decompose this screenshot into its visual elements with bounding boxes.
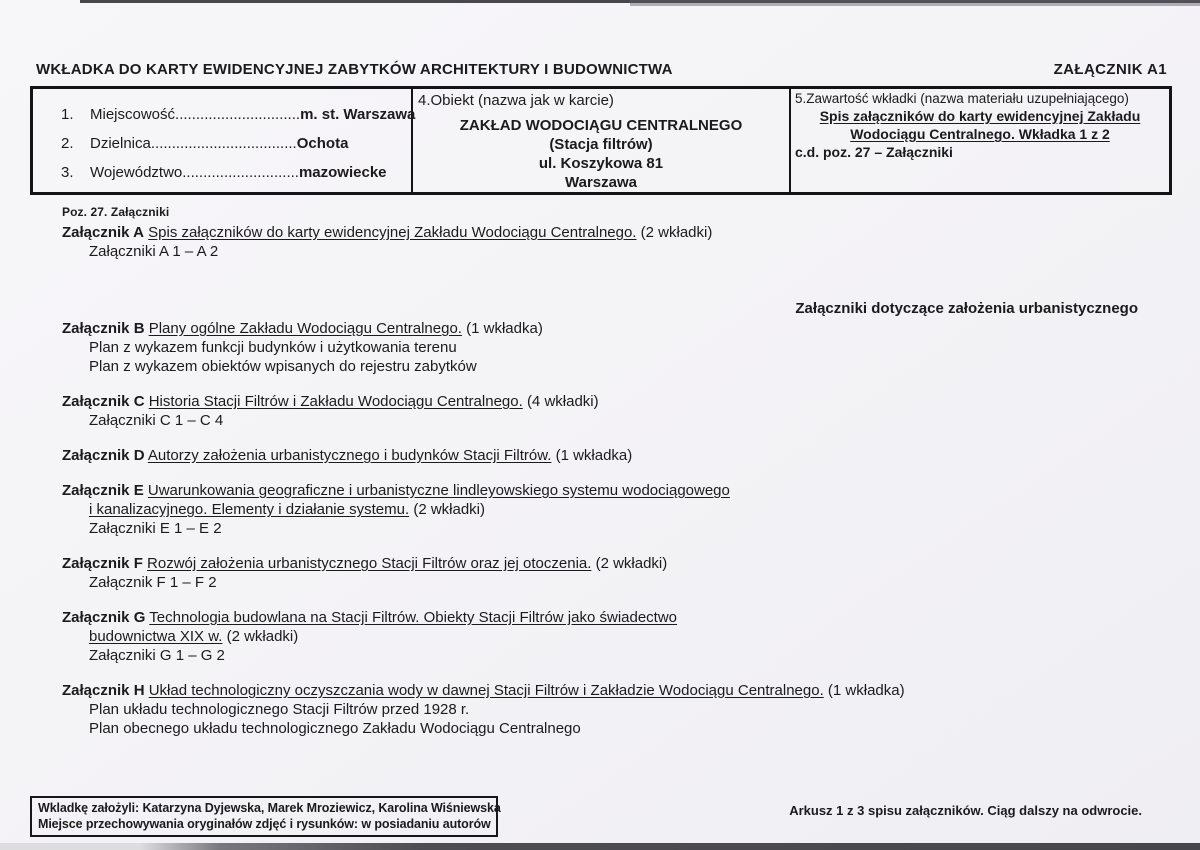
authors-line: Wkladkę założyli: Katarzyna Dyjewska, Ma…: [38, 800, 490, 816]
attachment-subline: Plan układu technologicznego Stacji Filt…: [62, 700, 1152, 719]
attachment-subline: Załącznik F 1 – F 2: [62, 573, 1152, 592]
storage-line: Miejsce przechowywania oryginałów zdjęć …: [38, 816, 490, 832]
attachments-entries: Załącznik A Spis załączników do karty ew…: [62, 220, 1152, 738]
attachment-title: Autorzy założenia urbanistycznego i budy…: [148, 447, 552, 464]
object-name-line: ul. Koszykowa 81: [413, 154, 789, 173]
annex-label: ZAŁĄCZNIK A1: [1054, 61, 1167, 78]
attachment-count: (1 wkładka): [828, 682, 905, 699]
contents-title-line: Spis załączników do karty ewidencyjnej Z…: [791, 107, 1169, 125]
row-value: mazowiecke: [299, 164, 387, 181]
row-label: Województwo: [90, 164, 182, 181]
attachment-subline: Załączniki G 1 – G 2: [62, 646, 1152, 665]
location-row: 2.Dzielnica.............................…: [33, 129, 411, 158]
attachment-title-line: Załącznik B Plany ogólne Zakładu Wodocią…: [62, 319, 1152, 338]
object-name-line: Warszawa: [413, 173, 789, 192]
attachment-subline: Załączniki E 1 – E 2: [62, 519, 1152, 538]
attachment-subline: Plan obecnego układu technologicznego Za…: [62, 719, 1152, 738]
row-label: Miejscowość: [90, 106, 175, 123]
attachment-subline: Plan z wykazem obiektów wpisanych do rej…: [62, 357, 1152, 376]
attachment-title-line: Załącznik G Technologia budowlana na Sta…: [62, 608, 1152, 627]
attachment-entry: Załącznik A Spis załączników do karty ew…: [62, 220, 1152, 261]
attachment-title: Rozwój założenia urbanistycznego Stacji …: [147, 555, 591, 572]
attachment-subline: Plan z wykazem funkcji budynków i użytko…: [62, 338, 1152, 357]
contents-cell: 5.Zawartość wkładki (nazwa materiału uzu…: [790, 88, 1171, 194]
authors-box: Wkladkę założyli: Katarzyna Dyjewska, Ma…: [30, 796, 498, 837]
row-label: Dzielnica: [90, 135, 151, 152]
attachment-label: Załącznik B: [62, 320, 145, 337]
object-name-line: ZAKŁAD WODOCIĄGU CENTRALNEGO: [413, 116, 789, 135]
attachment-count: (2 wkładki): [641, 224, 713, 241]
attachment-title: Plany ogólne Zakładu Wodociągu Centralne…: [149, 320, 462, 337]
attachment-title-line2: budownictwa XIX w. (2 wkładki): [62, 627, 1152, 646]
row-value: Ochota: [297, 135, 349, 152]
dot-leader: ..............................: [175, 106, 300, 123]
attachment-title-line: Załącznik A Spis załączników do karty ew…: [62, 223, 1152, 242]
attachment-entry: Załącznik E Uwarunkowania geograficzne i…: [62, 465, 1152, 538]
object-cell: 4.Obiekt (nazwa jak w karcie) ZAKŁAD WOD…: [412, 88, 790, 194]
attachment-label: Załącznik A: [62, 224, 144, 241]
attachment-count: (1 wkładka): [556, 447, 633, 464]
attachment-title: Technologia budowlana na Stacji Filtrów.…: [149, 609, 677, 626]
attachment-count: (1 wkładka): [466, 320, 543, 337]
attachment-entry: Załącznik B Plany ogólne Zakładu Wodocią…: [62, 318, 1152, 376]
row-number: 1.: [61, 100, 90, 129]
attachment-entry: Załącznik D Autorzy założenia urbanistyc…: [62, 430, 1152, 465]
attachment-label: Załącznik G: [62, 609, 145, 626]
dot-leader: ...................................: [151, 135, 297, 152]
attachment-subline: Załączniki A 1 – A 2: [62, 242, 1152, 261]
object-field-label: 4.Obiekt (nazwa jak w karcie): [413, 89, 789, 109]
attachment-label: Załącznik C: [62, 393, 145, 410]
location-rows: 1.Miejscowość...........................…: [33, 89, 411, 187]
sheet-note: Arkusz 1 z 3 spisu załączników. Ciąg dal…: [789, 803, 1142, 818]
dot-leader: ............................: [182, 164, 299, 181]
location-row: 1.Miejscowość...........................…: [33, 100, 411, 129]
info-table: 1.Miejscowość...........................…: [30, 86, 1172, 195]
row-value: m. st. Warszawa: [300, 106, 415, 123]
scanned-document-page: WKŁADKA DO KARTY EWIDENCYJNEJ ZABYTKÓW A…: [0, 0, 1200, 850]
attachment-count: (2 wkładki): [227, 628, 299, 645]
object-name-block: ZAKŁAD WODOCIĄGU CENTRALNEGO(Stacja filt…: [413, 116, 789, 192]
row-number: 3.: [61, 158, 90, 187]
attachment-title: Historia Stacji Filtrów i Zakładu Wodoci…: [149, 393, 523, 410]
scan-edge-bottom: [0, 843, 1200, 850]
contents-title-line: Wodociągu Centralnego. Wkładka 1 z 2: [791, 125, 1169, 143]
group-heading: Załączniki dotyczące założenia urbanisty…: [62, 261, 1152, 318]
attachment-title: Spis załączników do karty ewidencyjnej Z…: [148, 224, 636, 241]
attachment-label: Załącznik D: [62, 447, 145, 464]
attachment-subline: Załączniki C 1 – C 4: [62, 411, 1152, 430]
attachment-count: (4 wkładki): [527, 393, 599, 410]
attachments-section: Poz. 27. Załączniki Załącznik A Spis zał…: [62, 205, 1152, 738]
attachment-title-continued: i kanalizacyjnego. Elementy i działanie …: [89, 501, 409, 518]
attachment-title: Układ technologiczny oczyszczania wody w…: [149, 682, 824, 699]
contents-title: Spis załączników do karty ewidencyjnej Z…: [791, 107, 1169, 143]
attachment-title: Uwarunkowania geograficzne i urbanistycz…: [148, 482, 730, 499]
attachment-label: Załącznik E: [62, 482, 144, 499]
document-title: WKŁADKA DO KARTY EWIDENCYJNEJ ZABYTKÓW A…: [36, 61, 673, 78]
object-name-line: (Stacja filtrów): [413, 135, 789, 154]
contents-field-label: 5.Zawartość wkładki (nazwa materiału uzu…: [791, 89, 1169, 106]
attachment-title-line2: i kanalizacyjnego. Elementy i działanie …: [62, 500, 1152, 519]
attachment-label: Załącznik F: [62, 555, 143, 572]
attachment-entry: Załącznik F Rozwój założenia urbanistycz…: [62, 538, 1152, 592]
contents-note: c.d. poz. 27 – Załączniki: [791, 143, 1169, 161]
attachment-entry: Załącznik H Układ technologiczny oczyszc…: [62, 665, 1152, 738]
attachment-title-line: Załącznik F Rozwój założenia urbanistycz…: [62, 554, 1152, 573]
attachment-title-line: Załącznik D Autorzy założenia urbanistyc…: [62, 446, 1152, 465]
attachment-title-line: Załącznik E Uwarunkowania geograficzne i…: [62, 481, 1152, 500]
attachment-count: (2 wkładki): [413, 501, 485, 518]
attachment-entry: Załącznik G Technologia budowlana na Sta…: [62, 592, 1152, 665]
location-cell: 1.Miejscowość...........................…: [32, 88, 413, 194]
attachment-title-line: Załącznik H Układ technologiczny oczyszc…: [62, 681, 1152, 700]
attachment-label: Załącznik H: [62, 682, 145, 699]
location-row: 3.Województwo...........................…: [33, 158, 411, 187]
position-label: Poz. 27. Załączniki: [62, 205, 1152, 220]
row-number: 2.: [61, 129, 90, 158]
attachment-count: (2 wkładki): [596, 555, 668, 572]
scan-edge-top-band: [630, 0, 1200, 6]
attachment-title-line: Załącznik C Historia Stacji Filtrów i Za…: [62, 392, 1152, 411]
attachment-entry: Załącznik C Historia Stacji Filtrów i Za…: [62, 376, 1152, 430]
attachment-title-continued: budownictwa XIX w.: [89, 628, 222, 645]
